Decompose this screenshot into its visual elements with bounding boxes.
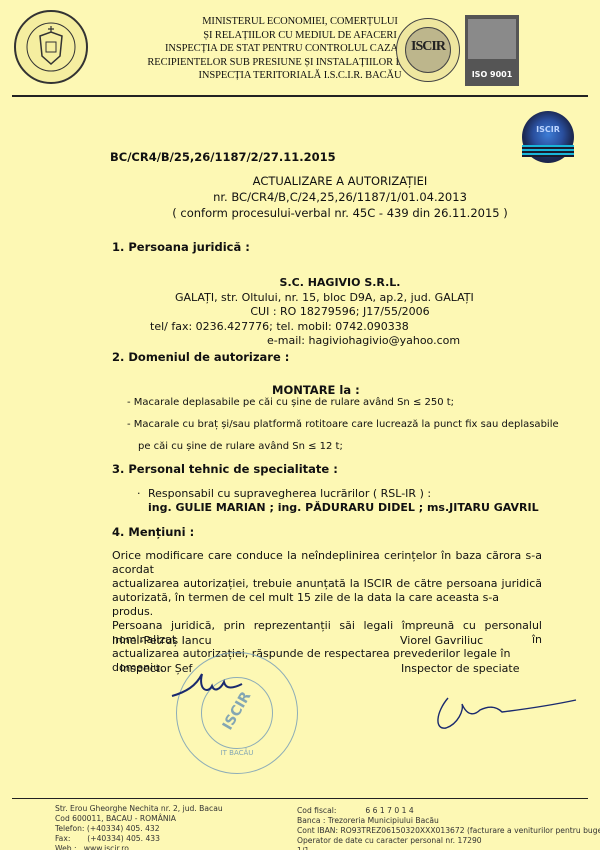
iscir-hologram: ISCIR xyxy=(522,111,574,163)
government-seal xyxy=(14,10,88,84)
section-2-heading: 2. Domeniul de autorizare : xyxy=(112,350,289,364)
footer-iban: Cont IBAN: RO93TREZ06150320XXX013672 (fa… xyxy=(297,826,600,836)
footer-phone: Telefon: (+40334) 405. 432 xyxy=(55,824,223,834)
iso-certification-icon: ISO 9001 xyxy=(465,70,519,79)
footer-contact: Str. Erou Gheorghe Nechita nr. 2, jud. B… xyxy=(55,804,223,850)
footer-fiscal: Cod fiscal: 6 6 1 7 0 1 4 Banca : Trezor… xyxy=(297,806,600,850)
iscir-hologram-icon: ISCIR xyxy=(522,125,574,134)
scope-subheading: MONTARE la : xyxy=(272,383,360,397)
footer-postal: Cod 600011, BACAU - ROMÂNIA xyxy=(55,814,223,824)
specialty-inspector-name: Viorel Gavriliuc xyxy=(400,634,483,647)
iso-badge: ISO 9001 xyxy=(465,15,519,86)
scope-item-2-continued: pe căi cu șine de rulare având Sn ≤ 12 t… xyxy=(138,441,343,452)
company-phone: tel/ fax: 0236.427776; tel. mobil: 0742.… xyxy=(140,320,540,335)
chief-inspector-name: Irinel-Petruș Iancu xyxy=(112,634,212,647)
bullet-dot: · xyxy=(137,487,141,500)
footer-data-operator: Operator de date cu caracter personal nr… xyxy=(297,836,600,846)
mentions-line: autorizată, în termen de cel mult 15 zil… xyxy=(112,591,542,619)
company-address: GALAȚI, str. Oltului, nr. 15, bloc D9A, … xyxy=(140,291,540,306)
specialty-inspector-signature xyxy=(428,690,578,736)
footer-fiscal-code: Cod fiscal: 6 6 1 7 0 1 4 xyxy=(297,806,600,816)
document-reference: BC/CR4/B/25,26/1187/2/27.11.2015 xyxy=(110,150,336,164)
specialty-inspector-role: Inspector de speciate xyxy=(401,662,519,675)
mentions-line: actualizarea autorizației, trebuie anunț… xyxy=(112,577,542,591)
company-name: S.C. HAGIVIO S.R.L. xyxy=(140,276,540,291)
conform-note: ( conform procesului-verbal nr. 45C - 43… xyxy=(140,205,540,221)
footer-fax: Fax: (+40334) 405. 433 xyxy=(55,834,223,844)
scope-item-1: - Macarale deplasabile pe căi cu șine de… xyxy=(127,397,454,408)
authorization-number: nr. BC/CR4/B,C/24,25,26/1187/1/01.04.201… xyxy=(140,189,540,205)
page-number: 1/1 xyxy=(297,846,600,850)
iscir-logo-icon: ISCIR xyxy=(397,39,459,55)
mentions-text: Orice modificare care conduce la neîndep… xyxy=(112,549,542,675)
coat-of-arms-icon xyxy=(16,12,86,82)
section-1-heading: 1. Persoana juridică : xyxy=(112,240,250,254)
document-title: ACTUALIZARE A AUTORIZAȚIEI xyxy=(140,173,540,189)
chief-inspector-signature xyxy=(168,668,248,704)
footer-website: Web : www.iscir.ro xyxy=(55,844,223,850)
legal-entity-block: S.C. HAGIVIO S.R.L. GALAȚI, str. Oltului… xyxy=(140,276,540,349)
company-cui: CUI : RO 18279596; J17/55/2006 xyxy=(140,305,540,320)
stamp-office-text: IT BACĂU xyxy=(177,749,297,757)
footer-address: Str. Erou Gheorghe Nechita nr. 2, jud. B… xyxy=(55,804,223,814)
header-divider xyxy=(12,95,588,97)
footer-divider xyxy=(12,798,588,799)
footer-bank: Banca : Trezoreria Municipiului Bacău xyxy=(297,816,600,826)
section-3-heading: 3. Personal tehnic de specialitate : xyxy=(112,462,338,476)
supervisor-role: Responsabil cu supravegherea lucrărilor … xyxy=(148,487,431,500)
iscir-logo: ISCIR xyxy=(396,18,460,82)
scope-item-2: - Macarale cu braț și/sau platformă roti… xyxy=(127,419,559,430)
company-email: e-mail: hagiviohagivio@yahoo.com xyxy=(140,334,540,349)
section-4-heading: 4. Mențiuni : xyxy=(112,525,194,539)
mentions-line: Orice modificare care conduce la neîndep… xyxy=(112,549,542,577)
supervisor-names: ing. GULIE MARIAN ; ing. PĂDURARU DIDEL … xyxy=(148,501,539,514)
